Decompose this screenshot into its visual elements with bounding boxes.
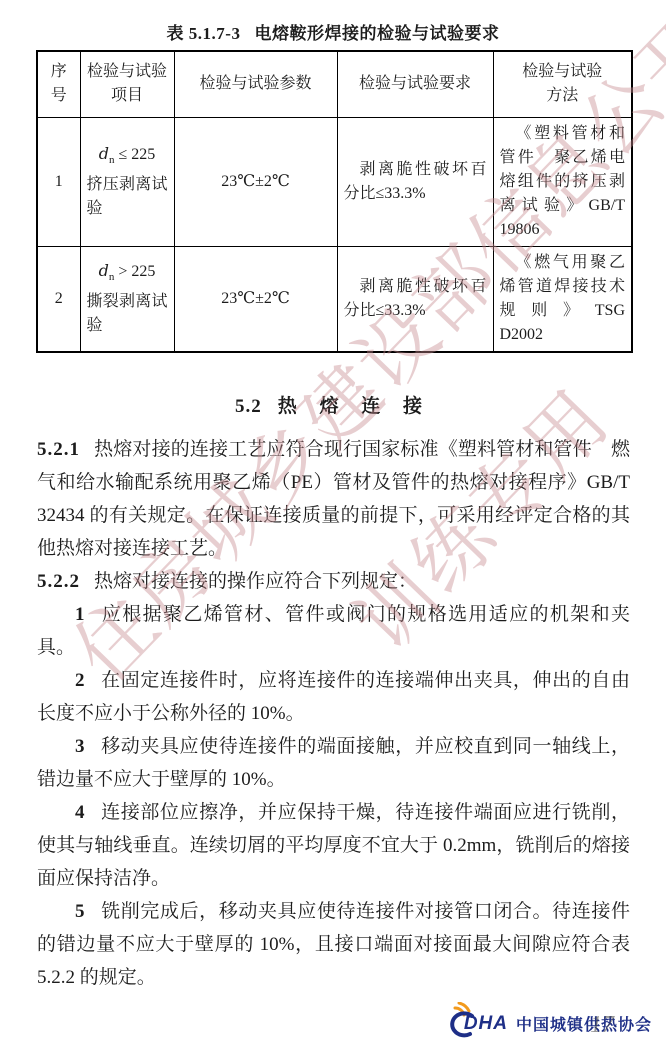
header-method: 检验与试验 方法 [493, 51, 632, 117]
list-item: 4连接部位应擦净，并应保持干燥，待连接件端面应进行铣削，使其与轴线垂直。连续切屑… [37, 796, 630, 895]
list-item: 3移动夹具应使待连接件的端面接触，并应校直到同一轴线上，错边量不应大于壁厚的 1… [37, 730, 630, 796]
row-no: 1 [37, 117, 80, 246]
section-number: 5.2 [235, 396, 262, 417]
header-item: 检验与试验 项目 [80, 51, 174, 117]
row-item: dn > 225 撕裂剥离试验 [80, 246, 174, 352]
clause-5-2-2: 5.2.2热熔对接连接的操作应符合下列规定： [37, 565, 630, 598]
body-text: 5.2.1热熔对接的连接工艺应符合现行国家标准《塑料管材和管件 燃气和给水输配系… [37, 433, 630, 994]
row-method: 《燃气用聚乙烯管道焊接技术规则》TSG D2002 [493, 246, 632, 352]
list-item: 5铣削完成后，移动夹具应使待连接件对接管口闭合。待连接件的错边量不应大于壁厚的 … [37, 895, 630, 994]
row-param: 23℃±2℃ [174, 117, 337, 246]
page-number: 17 [590, 1012, 614, 1039]
row-no: 2 [37, 246, 80, 352]
header-no: 序号 [37, 51, 80, 117]
header-req: 检验与试验要求 [337, 51, 493, 117]
document-page: 表 5.1.7-3电熔鞍形焊接的检验与试验要求 序号 检验与试验 项目 检验与试… [0, 0, 666, 1049]
dha-logo-icon [442, 1002, 488, 1040]
list-item: 2在固定连接件时，应将连接件的连接端伸出夹具，伸出的自由长度不应小于公称外径的 … [37, 664, 630, 730]
organization-name: 中国城镇供热协会 [516, 1012, 652, 1035]
spec-table: 序号 检验与试验 项目 检验与试验参数 检验与试验要求 检验与试验 方法 1 d… [36, 50, 633, 353]
section-heading: 5.2热 熔 连 接 [0, 391, 666, 418]
table-header-row: 序号 检验与试验 项目 检验与试验参数 检验与试验要求 检验与试验 方法 [37, 51, 632, 117]
table-row: 2 dn > 225 撕裂剥离试验 23℃±2℃ 剥离脆性破坏百分比≤33.3%… [37, 246, 632, 352]
table-number: 表 5.1.7-3 [167, 24, 241, 43]
list-item: 1应根据聚乙烯管材、管件或阀门的规格选用适应的机架和夹具。 [37, 598, 630, 664]
row-method: 《塑料管材和管件 聚乙烯电熔组件的挤压剥离试验》GB/T 19806 [493, 117, 632, 246]
association-logo: DHA 中国城镇供热协会 [442, 1002, 652, 1040]
row-item: dn ≤ 225 挤压剥离试验 [80, 117, 174, 246]
table-row: 1 dn ≤ 225 挤压剥离试验 23℃±2℃ 剥离脆性破坏百分比≤33.3%… [37, 117, 632, 246]
row-requirement: 剥离脆性破坏百分比≤33.3% [337, 246, 493, 352]
header-param: 检验与试验参数 [174, 51, 337, 117]
row-requirement: 剥离脆性破坏百分比≤33.3% [337, 117, 493, 246]
table-caption: 表 5.1.7-3电熔鞍形焊接的检验与试验要求 [0, 0, 666, 44]
row-param: 23℃±2℃ [174, 246, 337, 352]
clause-5-2-1: 5.2.1热熔对接的连接工艺应符合现行国家标准《塑料管材和管件 燃气和给水输配系… [37, 433, 630, 565]
table-title: 电熔鞍形焊接的检验与试验要求 [254, 24, 499, 43]
section-title: 热 熔 连 接 [278, 396, 431, 417]
